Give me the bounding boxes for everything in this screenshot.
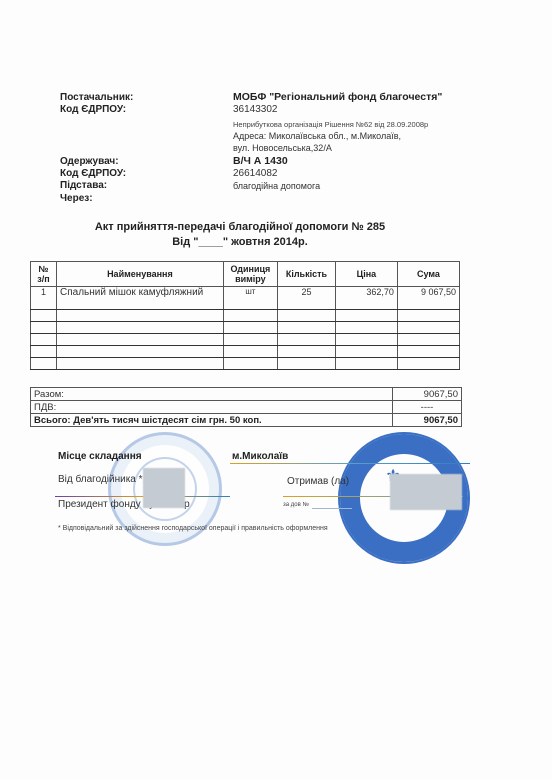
supplier-code: 36143302 xyxy=(233,104,278,115)
redacted-donor-signature xyxy=(143,468,185,508)
col-header-price: Ціна xyxy=(335,262,397,287)
empty-cell xyxy=(223,322,277,334)
vat-value: ---- xyxy=(393,401,462,414)
empty-cell xyxy=(277,346,335,358)
place-label: Місце складання xyxy=(58,451,142,462)
empty-cell xyxy=(335,334,397,346)
empty-cell xyxy=(223,346,277,358)
row-qty: 25 xyxy=(277,287,335,310)
empty-cell xyxy=(31,310,57,322)
row-name: Спальний мішок камуфляжний xyxy=(57,287,224,310)
recipient-label: Одержувач: xyxy=(60,156,119,167)
act-title: Акт прийняття-передачі благодійної допом… xyxy=(90,221,390,233)
vat-row: ПДВ: ---- xyxy=(31,401,462,414)
power-of-attorney-label: за дов № xyxy=(283,502,309,508)
recipient-code-label: Код ЄДРПОУ: xyxy=(60,168,126,179)
row-sum: 9 067,50 xyxy=(397,287,459,310)
recipient-name: В/Ч А 1430 xyxy=(233,155,288,167)
supplier-name: МОБФ "Регіональний фонд благочестя" xyxy=(233,91,442,103)
items-table: № з/п Найменування Одиниця виміру Кількі… xyxy=(30,261,460,370)
empty-cell xyxy=(335,346,397,358)
col-header-sum: Сума xyxy=(397,262,459,287)
empty-cell xyxy=(397,322,459,334)
col-header-number: № з/п xyxy=(31,262,57,287)
empty-cell xyxy=(57,358,224,370)
empty-cell xyxy=(397,358,459,370)
supplier-address-line1: Адреса: Миколаївська обл., м.Миколаїв, xyxy=(233,131,401,141)
basis-label: Підстава: xyxy=(60,180,107,191)
subtotal-row: Разом: 9067,50 xyxy=(31,388,462,401)
supplier-label: Постачальник: xyxy=(60,92,133,103)
recipient-code: 26614082 xyxy=(233,168,278,179)
col-header-name: Найменування xyxy=(57,262,224,287)
empty-cell xyxy=(57,310,224,322)
table-row-empty xyxy=(31,358,460,370)
from-donor-label: Від благодійника * xyxy=(58,474,143,485)
act-date: Від "____" жовтня 2014р. xyxy=(90,236,390,248)
total-row: Всього: Дев'ять тисяч шістдесят сім грн.… xyxy=(31,414,462,427)
supplier-address-line2: вул. Новосельська,32/А xyxy=(233,143,332,153)
empty-cell xyxy=(57,322,224,334)
row-price: 362,70 xyxy=(335,287,397,310)
col-header-qty: Кількість xyxy=(277,262,335,287)
empty-cell xyxy=(277,358,335,370)
totals-table: Разом: 9067,50 ПДВ: ---- Всього: Дев'ять… xyxy=(30,387,462,427)
empty-cell xyxy=(223,358,277,370)
table-row-empty xyxy=(31,346,460,358)
vat-label: ПДВ: xyxy=(31,401,393,414)
subtotal-label: Разом: xyxy=(31,388,393,401)
row-number: 1 xyxy=(31,287,57,310)
empty-cell xyxy=(277,322,335,334)
empty-cell xyxy=(31,334,57,346)
empty-cell xyxy=(277,334,335,346)
empty-rows xyxy=(31,310,460,370)
basis-value: благодійна допомога xyxy=(233,181,320,191)
row-unit: шт xyxy=(223,287,277,310)
empty-cell xyxy=(57,334,224,346)
place-underline xyxy=(230,463,470,464)
document-page: Постачальник: Код ЄДРПОУ: МОБФ "Регіонал… xyxy=(0,0,552,780)
received-label: Отримав (ла) xyxy=(287,476,349,487)
empty-cell xyxy=(31,358,57,370)
table-row-empty xyxy=(31,310,460,322)
supplier-note: Неприбуткова організація Рішення №62 від… xyxy=(233,120,428,129)
empty-cell xyxy=(397,310,459,322)
footnote: * Відповідальний за здійснення господарс… xyxy=(58,525,328,532)
table-row-empty xyxy=(31,322,460,334)
empty-cell xyxy=(31,322,57,334)
empty-cell xyxy=(335,322,397,334)
empty-cell xyxy=(223,310,277,322)
empty-cell xyxy=(335,310,397,322)
table-row-empty xyxy=(31,334,460,346)
empty-cell xyxy=(57,346,224,358)
total-value: 9067,50 xyxy=(393,414,462,427)
empty-cell xyxy=(335,358,397,370)
empty-cell xyxy=(223,334,277,346)
redacted-receiver-signature xyxy=(390,474,462,510)
supplier-code-label: Код ЄДРПОУ: xyxy=(60,104,126,115)
place-value: м.Миколаїв xyxy=(232,451,288,462)
via-label: Через: xyxy=(60,193,93,204)
total-label: Всього: Дев'ять тисяч шістдесят сім грн.… xyxy=(31,414,393,427)
col-header-unit: Одиниця виміру xyxy=(223,262,277,287)
subtotal-value: 9067,50 xyxy=(393,388,462,401)
table-header-row: № з/п Найменування Одиниця виміру Кількі… xyxy=(31,262,460,287)
empty-cell xyxy=(31,346,57,358)
power-of-attorney-line xyxy=(312,508,352,509)
empty-cell xyxy=(277,310,335,322)
table-row: 1 Спальний мішок камуфляжний шт 25 362,7… xyxy=(31,287,460,310)
empty-cell xyxy=(397,334,459,346)
empty-cell xyxy=(397,346,459,358)
